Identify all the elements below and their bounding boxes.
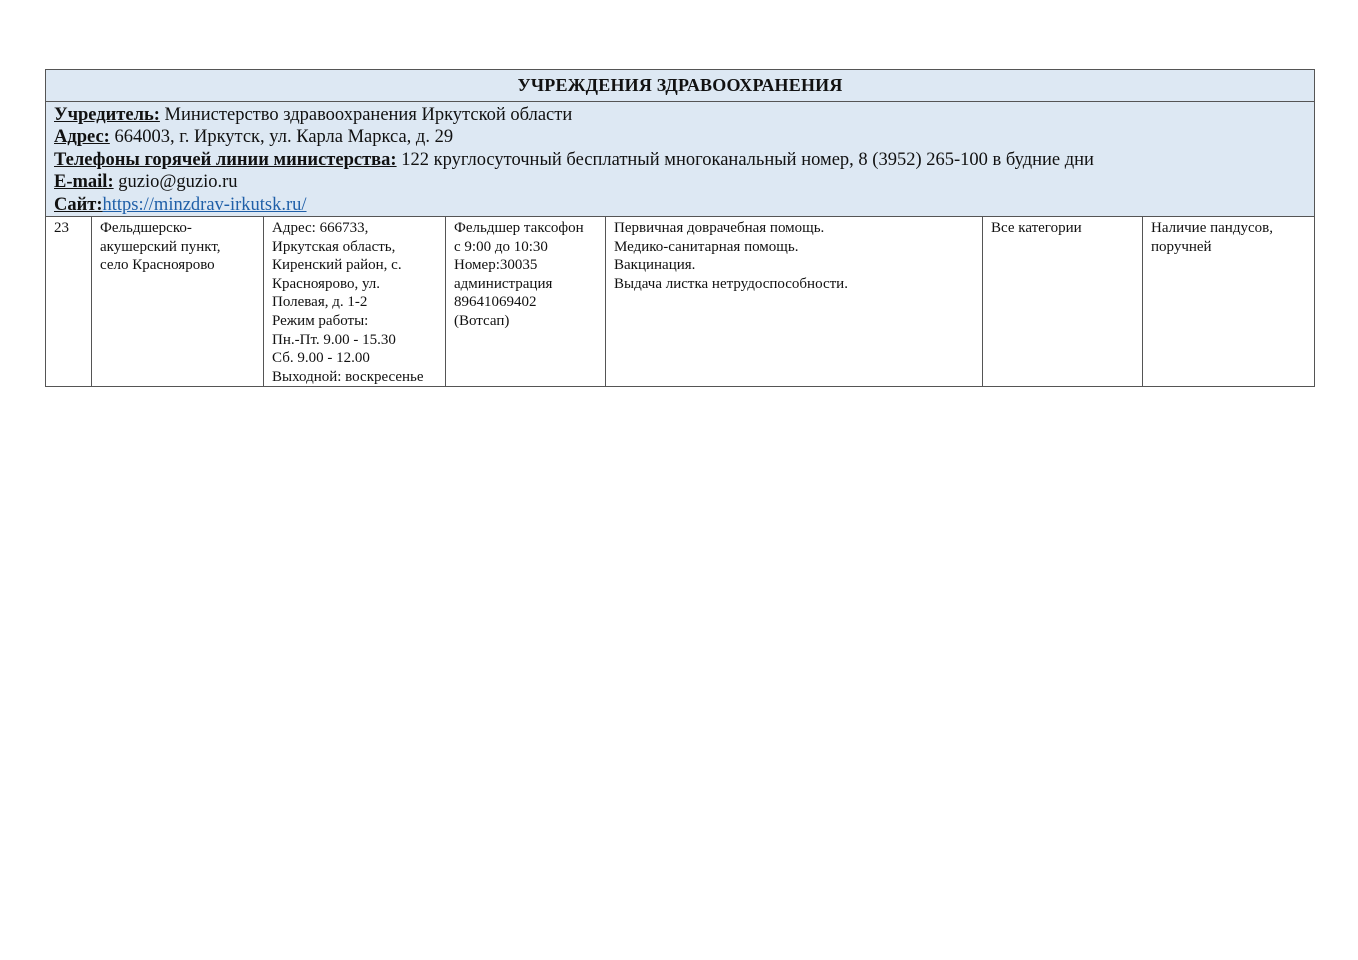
contacts-line: (Вотсап): [454, 312, 597, 331]
founder-info-block: Учредитель: Министерство здравоохранения…: [46, 102, 1315, 217]
founder-label: Учредитель:: [54, 105, 160, 125]
contacts-line: Фельдшер таксофон: [454, 219, 597, 238]
accessibility-cell: Наличие пандусов, поручней: [1143, 217, 1315, 387]
hotline-value: 122 круглосуточный бесплатный многоканал…: [397, 150, 1094, 170]
email-label: E-mail:: [54, 172, 114, 192]
address-schedule-line: Режим работы:: [272, 312, 437, 331]
address-schedule-line: Сб. 9.00 - 12.00: [272, 349, 437, 368]
founder-value: Министерство здравоохранения Иркутской о…: [160, 105, 572, 125]
healthcare-institutions-table: УЧРЕЖДЕНИЯ ЗДРАВООХРАНЕНИЯ Учредитель: М…: [45, 69, 1315, 387]
service-item: Медико-санитарная помощь.: [614, 238, 974, 257]
hotline-line: Телефоны горячей линии министерства: 122…: [54, 149, 1306, 171]
institution-name-cell: Фельдшерско- акушерский пункт, село Крас…: [92, 217, 264, 387]
contacts-line: с 9:00 до 10:30: [454, 238, 597, 257]
table-title-row: УЧРЕЖДЕНИЯ ЗДРАВООХРАНЕНИЯ: [46, 70, 1315, 102]
address-schedule-line: Адрес: 666733,: [272, 219, 437, 238]
contacts-line: Номер:30035: [454, 256, 597, 275]
accessibility-line: поручней: [1151, 238, 1306, 257]
address-line: Адрес: 664003, г. Иркутск, ул. Карла Мар…: [54, 126, 1306, 148]
table-title: УЧРЕЖДЕНИЯ ЗДРАВООХРАНЕНИЯ: [46, 70, 1315, 102]
table-row: 23 Фельдшерско- акушерский пункт, село К…: [46, 217, 1315, 387]
contacts-line: 89641069402: [454, 293, 597, 312]
institution-name-line: акушерский пункт,: [100, 238, 255, 257]
service-item: Первичная доврачебная помощь.: [614, 219, 974, 238]
address-schedule-line: Киренский район, с.: [272, 256, 437, 275]
institution-name-line: село Красноярово: [100, 256, 255, 275]
site-link[interactable]: https://minzdrav-irkutsk.ru/: [103, 195, 307, 215]
service-item: Выдача листка нетрудоспособности.: [614, 275, 974, 294]
address-schedule-line: Иркутская область,: [272, 238, 437, 257]
address-schedule-line: Пн.-Пт. 9.00 - 15.30: [272, 331, 437, 350]
address-schedule-cell: Адрес: 666733, Иркутская область, Киренс…: [264, 217, 446, 387]
address-schedule-line: Выходной: воскресенье: [272, 368, 437, 387]
address-label: Адрес:: [54, 127, 110, 147]
hotline-label: Телефоны горячей линии министерства:: [54, 150, 397, 170]
row-number: 23: [54, 219, 83, 238]
address-value: 664003, г. Иркутск, ул. Карла Маркса, д.…: [110, 127, 453, 147]
email-line: E-mail: guzio@guzio.ru: [54, 171, 1306, 193]
categories-cell: Все категории: [983, 217, 1143, 387]
contacts-line: администрация: [454, 275, 597, 294]
site-line: Сайт:https://minzdrav-irkutsk.ru/: [54, 194, 1306, 216]
site-label: Сайт:: [54, 195, 103, 215]
email-value: guzio@guzio.ru: [114, 172, 238, 192]
services-cell: Первичная доврачебная помощь. Медико-сан…: [606, 217, 983, 387]
founder-info-row: Учредитель: Министерство здравоохранения…: [46, 102, 1315, 217]
row-number-cell: 23: [46, 217, 92, 387]
institution-name-line: Фельдшерско-: [100, 219, 255, 238]
founder-line: Учредитель: Министерство здравоохранения…: [54, 104, 1306, 126]
contacts-cell: Фельдшер таксофон с 9:00 до 10:30 Номер:…: [446, 217, 606, 387]
category-item: Все категории: [991, 219, 1134, 238]
accessibility-line: Наличие пандусов,: [1151, 219, 1306, 238]
address-schedule-line: Полевая, д. 1-2: [272, 293, 437, 312]
address-schedule-line: Красноярово, ул.: [272, 275, 437, 294]
service-item: Вакцинация.: [614, 256, 974, 275]
